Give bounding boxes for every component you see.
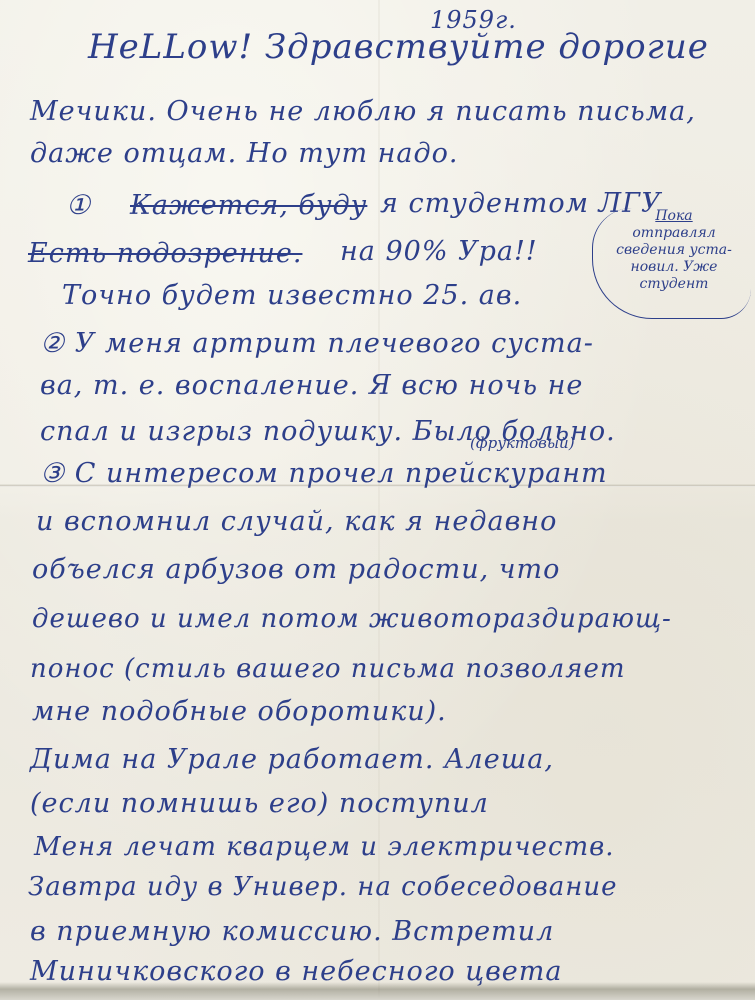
letter-line: на 90% Ура!! bbox=[340, 238, 538, 265]
letter-line: объелся арбузов от радости, что bbox=[32, 556, 560, 583]
margin-note-line: новил. Уже bbox=[604, 259, 744, 276]
margin-note-line: сведения уста- bbox=[604, 242, 744, 259]
margin-note-line: отправлял bbox=[604, 225, 744, 242]
letter-line: Завтра иду в Универ. на собеседование bbox=[28, 874, 618, 900]
letter-line: ва, т. е. воспаление. Я всю ночь не bbox=[40, 372, 583, 399]
margin-note-line: Пока bbox=[604, 208, 744, 225]
struck-text: Есть подозрение. bbox=[28, 240, 302, 267]
letter-line: и вспомнил случай, как я недавно bbox=[36, 508, 557, 535]
letter-line: в приемную комиссию. Встретил bbox=[30, 918, 554, 945]
letter-line: ② У меня артрит плечевого суста- bbox=[40, 330, 594, 357]
letter-line: ③ С интересом прочел прейскурант bbox=[40, 460, 608, 487]
letter-line: Точно будет известно 25. ав. bbox=[62, 282, 522, 309]
margin-note-line: студент bbox=[604, 276, 744, 293]
list-marker-1: ① bbox=[66, 192, 91, 219]
letter-line: даже отцам. Но тут надо. bbox=[30, 140, 458, 167]
letter-line: Миничковского в небесного цвета bbox=[30, 958, 562, 985]
struck-text: Кажется, буду bbox=[130, 192, 367, 219]
letter-line: Мечики. Очень не люблю я писать письма, bbox=[30, 98, 696, 125]
letter-line: понос (стиль вашего письма позволяет bbox=[30, 656, 626, 682]
inserted-word: (фруктовый) bbox=[470, 436, 575, 451]
letter-line: (если помнишь его) поступил bbox=[30, 790, 489, 817]
margin-note: Пока отправлял сведения уста- новил. Уже… bbox=[604, 208, 744, 293]
letter-line: Дима на Урале работает. Алеша, bbox=[30, 746, 554, 773]
letter-page: 1959г. HeLLow! Здравствуйте дорогие Мечи… bbox=[0, 0, 755, 1000]
letter-line: Меня лечат кварцем и электричеств. bbox=[34, 834, 615, 860]
letter-line-greeting: HeLLow! Здравствуйте дорогие bbox=[88, 30, 709, 64]
letter-line: мне подобные оборотики). bbox=[32, 698, 447, 725]
letter-line: дешево и имел потом животораздирающ- bbox=[32, 606, 672, 632]
